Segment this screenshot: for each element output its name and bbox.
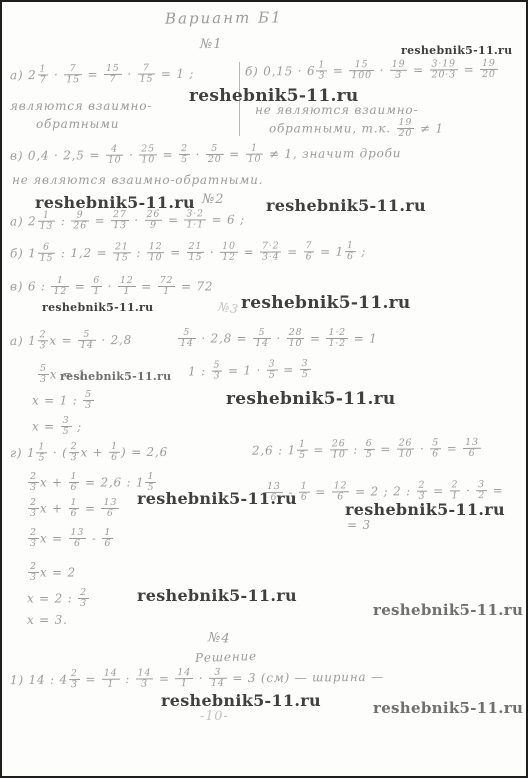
watermark-text: reshebnik5-11.ru xyxy=(161,691,321,710)
problem3-g-equation: 23x + 16 = 136 xyxy=(27,498,120,520)
watermark-text: reshebnik5-11.ru xyxy=(42,301,153,314)
watermark-text: reshebnik5-11.ru xyxy=(401,44,512,57)
problem4-solution-line: 1) 14 : 423 = 141 : 143 = 141 · 314 = 3 … xyxy=(10,666,384,691)
problem1-conclusion-b: обратными, т.к. 1920 ≠ 1 xyxy=(269,118,444,140)
watermark-text: reshebnik5-11.ru xyxy=(373,601,523,619)
problem1-conclusion-b: не являются взаимно- xyxy=(255,104,418,118)
problem3-a-equation: x = 35 ; xyxy=(32,416,82,438)
problem2-part-b: б) 1615 : 1,2 = 2115 : 1210 = 2115 · 101… xyxy=(10,241,366,265)
problem3-a-equation: а) 123x = 514 · 2,8 xyxy=(10,329,132,352)
problem4-label: №4 xyxy=(208,631,231,647)
problem3-g-equation: г) 115 · (23x + 16) = 2,6 xyxy=(10,441,168,464)
watermark-text: reshebnik5-11.ru xyxy=(226,389,396,409)
problem3-g-side-calc: 2,6 : 115 = 2610 : 65 = 2610 · 56 = 136 xyxy=(252,438,482,462)
problem1-part-v: в) 0,4 · 2,5 = 410 · 2510 = 25 · 520 = 1… xyxy=(10,143,401,168)
problem1-conclusion-a: обратными xyxy=(36,118,119,132)
problem3-g-equation: 23x = 2 xyxy=(27,562,76,584)
watermark-text: reshebnik5-11.ru xyxy=(60,370,171,383)
problem1-conclusion-a: являются взаимно- xyxy=(10,100,152,114)
problem1-part-b: б) 0,15 · 613 = 15100 · 193 = 3·1920·3 =… xyxy=(245,59,499,83)
watermark-text: reshebnik5-11.ru xyxy=(373,699,523,717)
problem2-label: №2 xyxy=(202,193,225,208)
problem1-conclusion-v: не являются взаимно-обратными. xyxy=(12,174,263,188)
problem3-a-side-calc: 1 : 53 = 1 · 35 = 35 xyxy=(188,359,312,383)
watermark-text: reshebnik5-11.ru xyxy=(345,500,505,519)
problem2-part-v: в) 6 : 112 = 61 · 121 = 721 = 72 xyxy=(10,276,213,298)
problem3-g-side-calc: = 3 xyxy=(347,519,371,533)
problem3-g-equation: 23x = 136 - 16 xyxy=(27,528,114,550)
problem3-g-equation: x = 3. xyxy=(27,614,68,628)
problem1-part-a: а) 217 · 715 = 157 · 715 = 1 ; xyxy=(10,63,194,86)
problem4-subtitle: Решение xyxy=(195,650,257,666)
watermark-text: reshebnik5-11.ru xyxy=(266,196,426,215)
scanned-worksheet-page: Вариант Б1 №1 reshebnik5-11.ru а) 217 · … xyxy=(0,0,528,778)
page-number: -10- xyxy=(200,710,229,725)
problem3-label: №3 xyxy=(217,301,239,318)
page-title: Вариант Б1 xyxy=(165,9,283,27)
problem2-part-a: а) 2113 : 926 = 2713 · 269 = 3·21·1 = 6 … xyxy=(10,209,245,233)
problem3-g-equation: x = 2 : 23 xyxy=(27,588,90,610)
problem3-a-side-calc: 514 · 2,8 = 514 · 2810 = 1·21·2 = 1 xyxy=(177,328,378,350)
watermark-text: reshebnik5-11.ru xyxy=(137,586,297,605)
problem1-label: №1 xyxy=(200,38,223,53)
watermark-text: reshebnik5-11.ru xyxy=(241,293,411,313)
problem3-a-equation: x = 1 : 53 xyxy=(32,390,95,412)
